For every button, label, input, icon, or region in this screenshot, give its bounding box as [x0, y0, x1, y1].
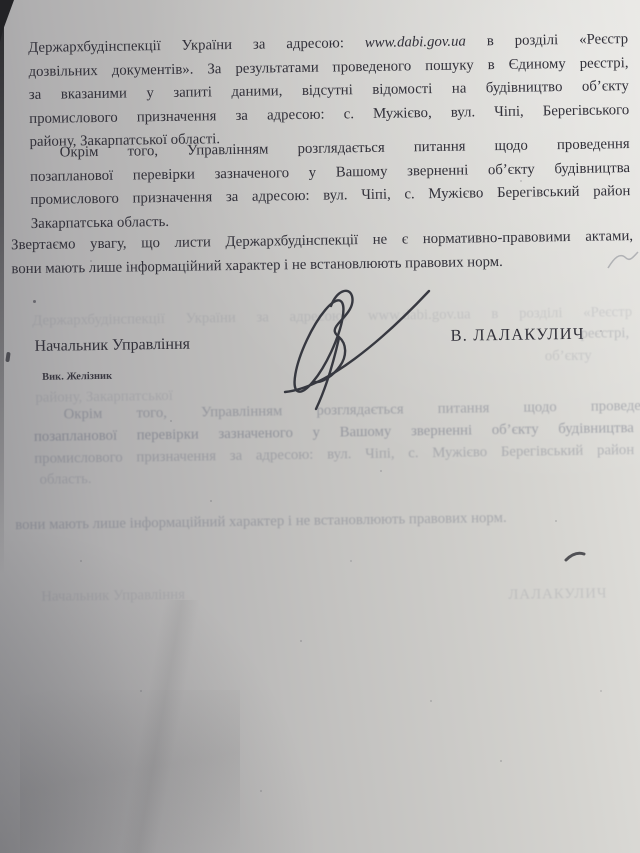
ink-dot	[33, 300, 36, 303]
signature-scribble	[0, 0, 640, 853]
photo-edge-shadow	[0, 0, 4, 575]
scanned-letter-photo: { "doc": { "p1": { "l1_pre": "Держархбуд…	[0, 0, 640, 853]
pencil-squiggle	[608, 252, 638, 268]
pen-mark	[566, 553, 584, 560]
